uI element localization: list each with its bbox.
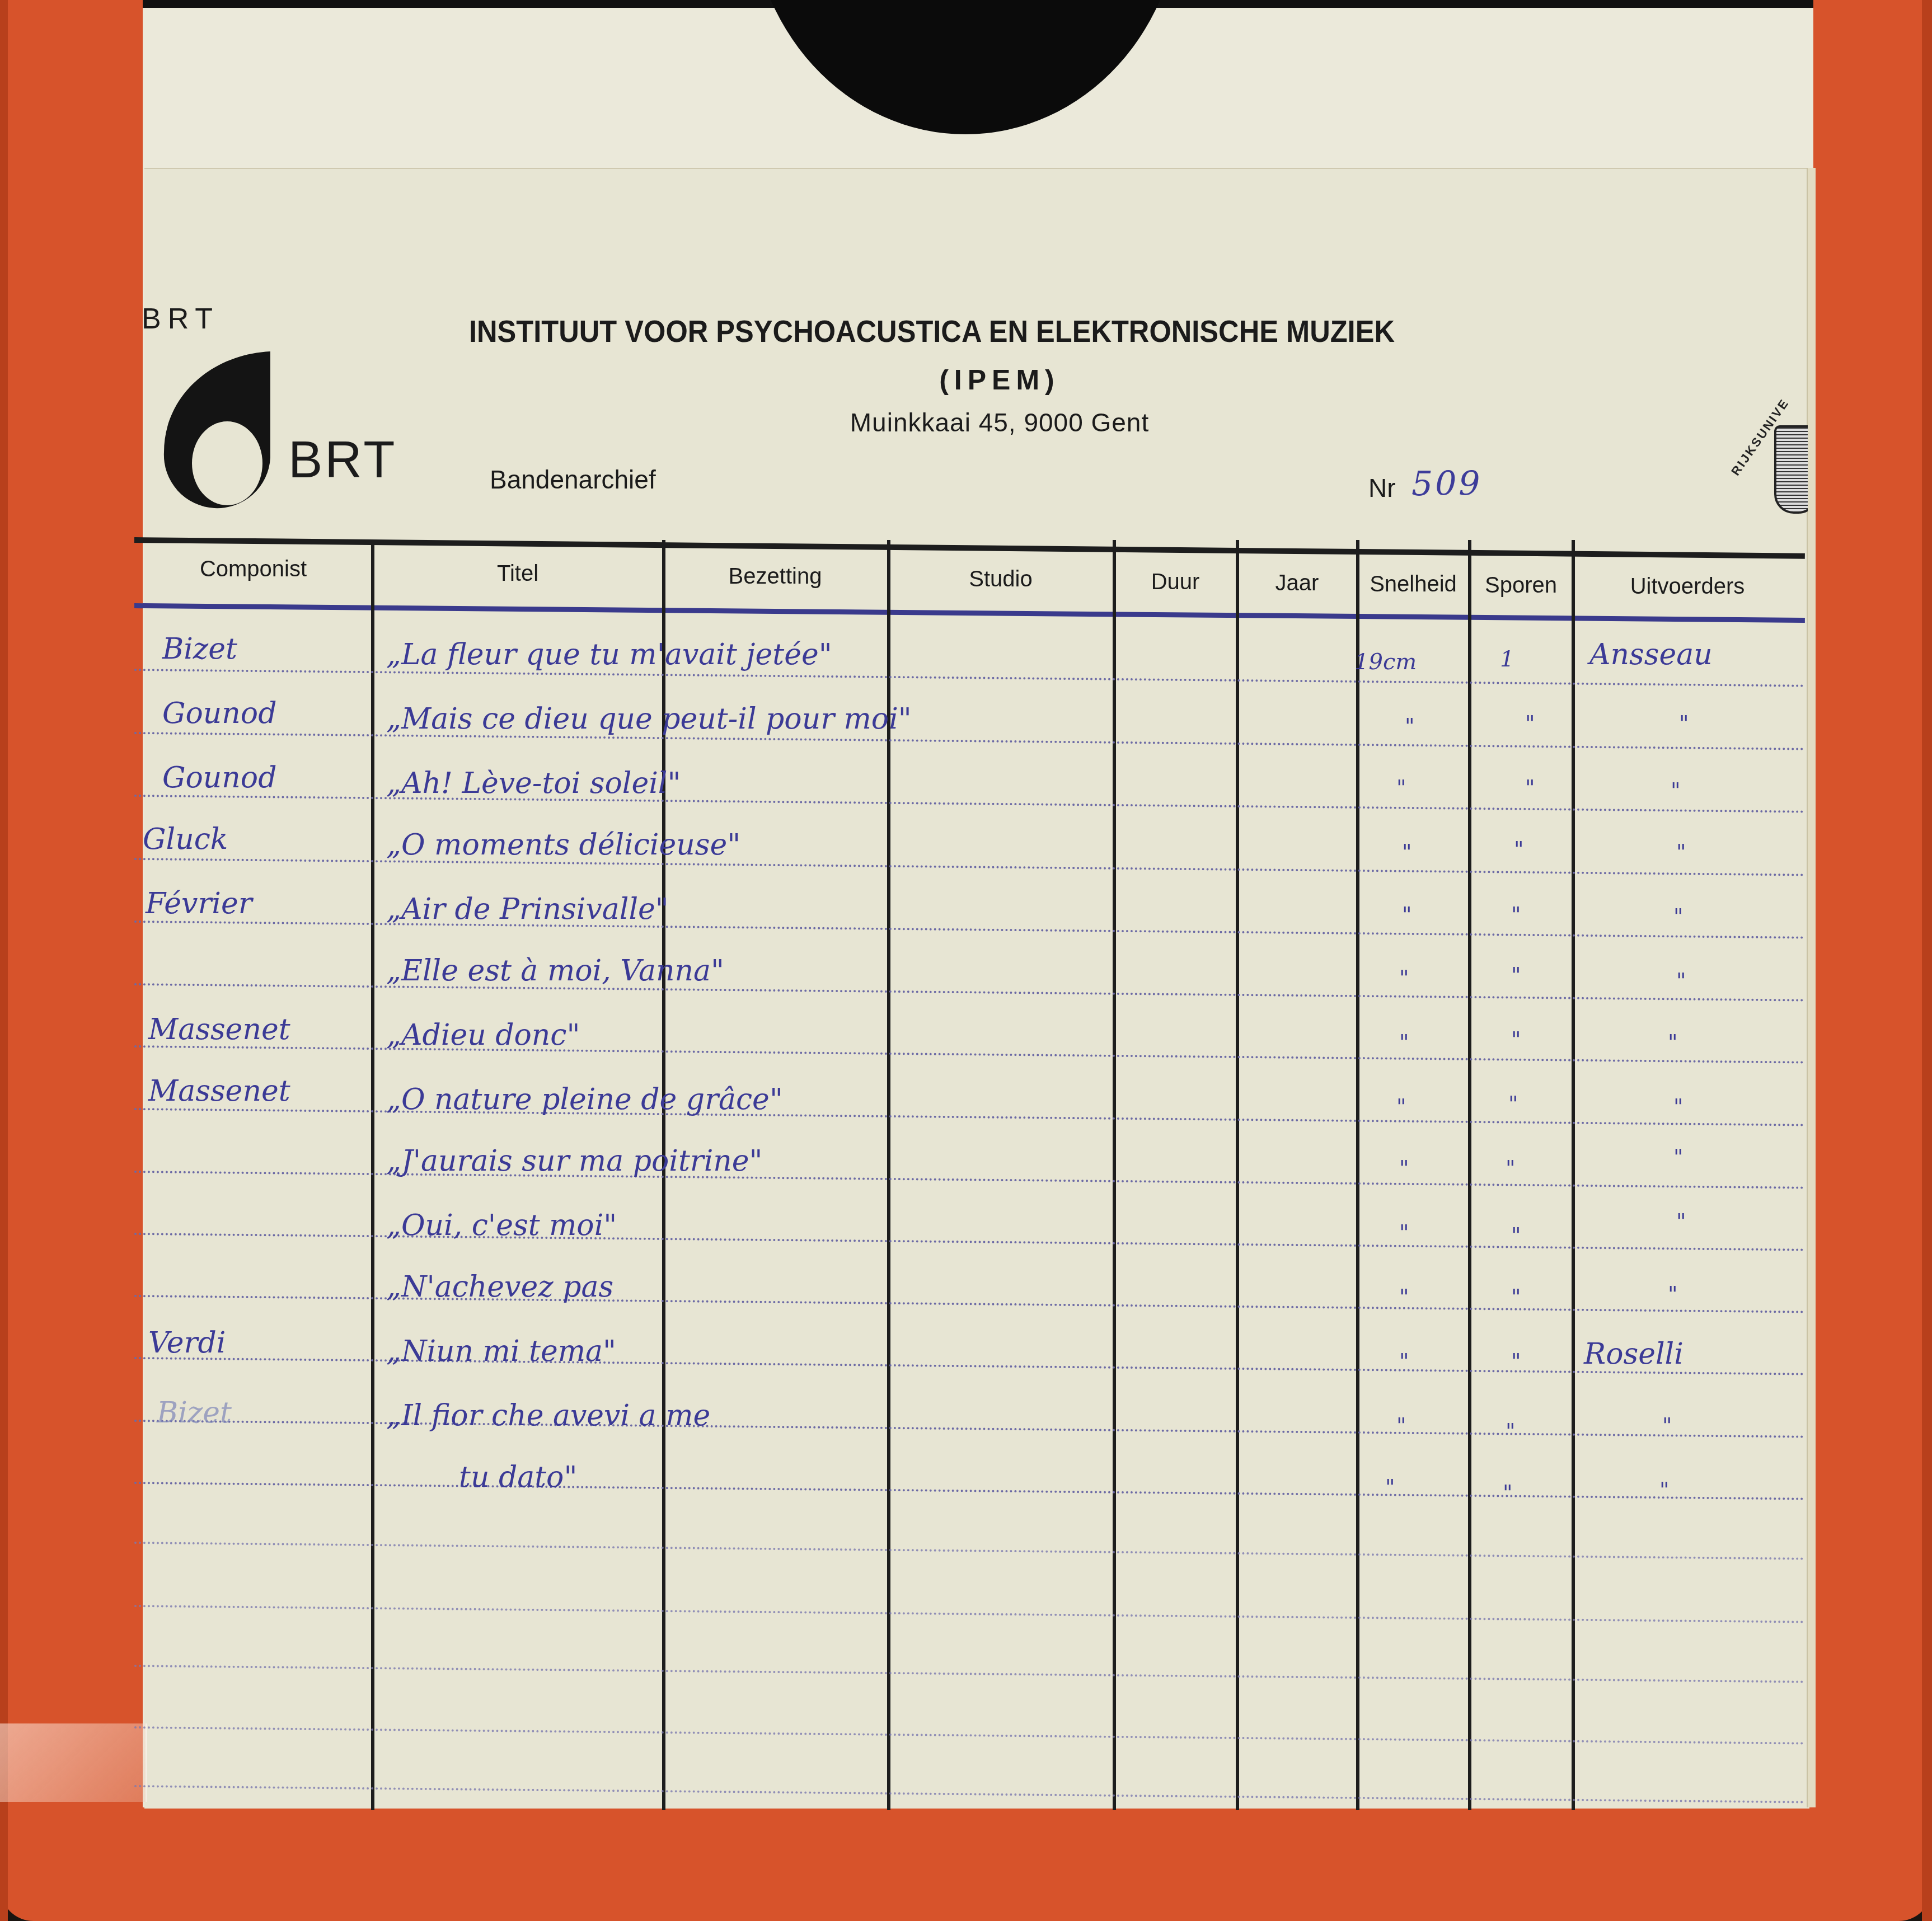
cell-uitvoerders: " — [1673, 1144, 1683, 1169]
cell-titel: „Air de Prinsivalle" — [386, 893, 669, 926]
cell-sporen: " — [1511, 1223, 1521, 1247]
cell-titel: „J'aurais sur ma poitrine" — [386, 1144, 762, 1178]
cell-componist: Février — [146, 887, 252, 920]
number-label: Nr — [1368, 473, 1396, 503]
cell-uitvoerders: " — [1673, 1094, 1683, 1119]
cell-titel: „Niun mi tema" — [386, 1335, 616, 1368]
cell-snelheid: " — [1405, 713, 1414, 738]
cell-snelheid: " — [1399, 1284, 1409, 1309]
column-divider — [1236, 540, 1239, 1810]
cell-snelheid: 19cm — [1354, 649, 1417, 675]
cell-titel: „Oui, c'est moi" — [386, 1209, 617, 1242]
cell-titel: tu dato" — [459, 1460, 577, 1494]
cell-uitvoerders: " — [1676, 1209, 1686, 1233]
cell-uitvoerders: " — [1671, 778, 1680, 802]
cell-titel: „Elle est à moi, Vanna" — [386, 954, 724, 988]
cell-snelheid: " — [1399, 1220, 1409, 1244]
column-header-jaar: Jaar — [1237, 571, 1357, 596]
cell-snelheid: " — [1396, 775, 1406, 800]
cell-uitvoerders: Ansseau — [1589, 638, 1713, 671]
cell-sporen: " — [1511, 962, 1521, 987]
cell-titel: „O nature pleine de grâce" — [386, 1083, 783, 1116]
column-header-bezetting: Bezetting — [663, 564, 887, 589]
column-header-duur: Duur — [1114, 570, 1237, 595]
cell-uitvoerders: " — [1662, 1413, 1672, 1438]
cell-snelheid: " — [1396, 1413, 1406, 1438]
cell-snelheid: " — [1402, 839, 1412, 864]
cell-snelheid: " — [1399, 1156, 1409, 1180]
cell-snelheid: " — [1402, 902, 1412, 927]
cell-snelheid: " — [1399, 1349, 1409, 1373]
cell-uitvoerders: " — [1673, 904, 1683, 928]
university-seal-stamp: RIJKSUNIVE — [1724, 386, 1808, 520]
cell-sporen: " — [1508, 1091, 1518, 1116]
cell-sporen: " — [1506, 1156, 1515, 1180]
cell-uitvoerders: Roselli — [1584, 1337, 1684, 1371]
institute-title: INSTITUUT VOOR PSYCHOACUSTICA EN ELEKTRO… — [469, 313, 1395, 349]
column-header-uitvoerders: Uitvoerders — [1573, 574, 1802, 599]
cell-sporen: " — [1511, 1027, 1521, 1051]
brt-logo-text: BRT — [288, 431, 397, 490]
cell-sporen: " — [1511, 902, 1521, 927]
adhesive-tape — [0, 1723, 147, 1802]
column-divider — [1356, 540, 1359, 1810]
sleeve-right-edge — [1922, 0, 1932, 1921]
cell-titel: „O moments délicieuse" — [386, 828, 740, 862]
institute-address: Muinkkaai 45, 9000 Gent — [0, 407, 1932, 438]
cell-titel: „La fleur que tu m'avait jetée" — [386, 638, 832, 671]
cell-snelheid: " — [1399, 965, 1409, 990]
brt-small-label: BRT — [142, 302, 219, 336]
column-divider — [1113, 540, 1116, 1810]
cell-uitvoerders: " — [1668, 1281, 1677, 1306]
cell-sporen: " — [1514, 837, 1523, 861]
cell-componist: Bizet — [157, 1396, 232, 1430]
cell-componist: Bizet — [162, 632, 237, 666]
cell-componist: Massenet — [148, 1013, 290, 1046]
sleeve-left-edge — [0, 0, 8, 1921]
column-header-sporen: Sporen — [1469, 573, 1573, 598]
cell-sporen: " — [1511, 1349, 1521, 1373]
cell-titel: „N'achevez pas — [386, 1270, 613, 1304]
cell-sporen: " — [1511, 1284, 1521, 1309]
cell-uitvoerders: " — [1659, 1477, 1669, 1502]
cell-snelheid: " — [1396, 1094, 1406, 1119]
cell-sporen: " — [1506, 1419, 1515, 1443]
column-header-studio: Studio — [889, 567, 1113, 592]
cell-uitvoerders: " — [1676, 839, 1686, 864]
cell-componist: Gounod — [162, 697, 276, 730]
archive-label: Bandenarchief — [490, 464, 656, 495]
cell-uitvoerders: " — [1679, 711, 1689, 735]
cell-componist: Verdi — [148, 1326, 226, 1360]
cell-snelheid: " — [1385, 1474, 1395, 1499]
crest-icon — [1774, 425, 1808, 514]
cell-uitvoerders: " — [1668, 1030, 1677, 1054]
cell-uitvoerders: " — [1676, 968, 1686, 993]
column-header-componist: Componist — [134, 557, 372, 582]
cell-sporen: " — [1525, 775, 1535, 800]
cell-sporen: 1 — [1500, 646, 1514, 672]
cell-titel: „Mais ce dieu que peut-il pour moi" — [386, 702, 912, 736]
cell-titel: „Ah! Lève-toi soleil" — [386, 767, 681, 800]
column-header-snelheid: Snelheid — [1357, 572, 1469, 597]
column-header-titel: Titel — [372, 561, 663, 586]
cell-snelheid: " — [1399, 1030, 1409, 1054]
institute-acronym: (IPEM) — [0, 364, 1932, 396]
cell-titel: „Il fior che avevi a me — [386, 1399, 710, 1432]
cell-sporen: " — [1503, 1480, 1512, 1505]
cell-titel: „Adieu donc" — [386, 1018, 580, 1052]
cell-componist: Massenet — [148, 1074, 290, 1108]
cell-componist: Gounod — [162, 761, 276, 795]
tape-number: 509 — [1412, 464, 1483, 504]
cell-sporen: " — [1525, 711, 1535, 735]
cell-componist: Gluck — [143, 823, 228, 856]
